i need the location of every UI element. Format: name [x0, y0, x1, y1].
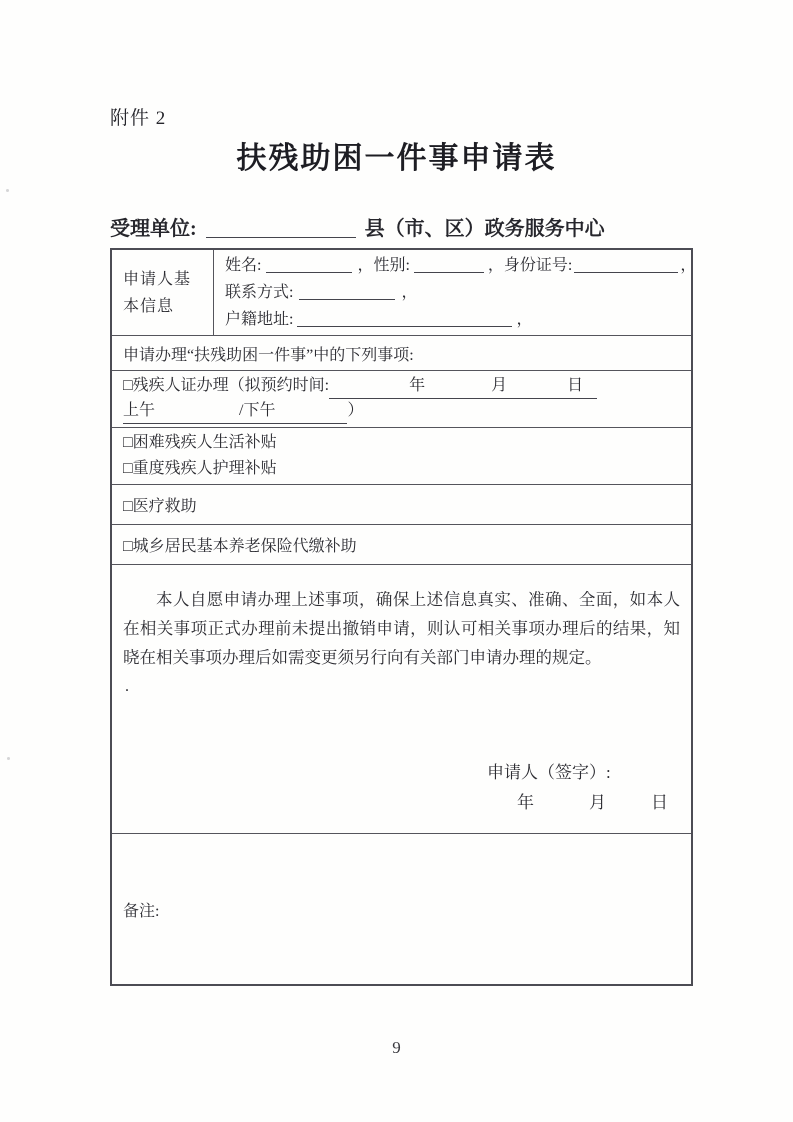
applicant-info-row-label: 申请人基本信息	[111, 249, 214, 336]
gender-label: ，性别:	[357, 257, 409, 274]
signature-label: 申请人（签字）:	[487, 758, 680, 783]
checkbox-icon: □	[123, 434, 133, 451]
comma-mark: ，	[401, 284, 417, 301]
item-row-disability-cert: □残疾人证办理（拟预约时间:年月日 上午/下午）	[111, 371, 692, 428]
checkbox-icon: □	[123, 538, 133, 555]
close-paren: ）	[347, 402, 363, 419]
pension-subsidy-label: 城乡居民基本养老保险代缴补助	[133, 538, 357, 555]
am-blank	[155, 413, 239, 415]
page-title: 扶残助困一件事申请表	[0, 133, 793, 177]
date-year-label: 年	[517, 793, 534, 812]
disability-cert-line1: □残疾人证办理（拟预约时间:年月日	[123, 374, 680, 399]
name-label: 姓名:	[225, 257, 261, 274]
month-label: 月	[491, 377, 507, 394]
signature-date-line: 年月日	[517, 788, 680, 813]
scan-speck	[7, 757, 10, 760]
item-row-pension-subsidy: □城乡居民基本养老保险代缴补助	[111, 525, 692, 565]
field-line-identity: 姓名:，性别:，身份证号:，	[225, 252, 680, 279]
reservation-ampm-blank: 上午/下午	[123, 399, 347, 424]
accepting-unit-line: 受理单位: 县（市、区）政务服务中心	[110, 212, 605, 241]
application-form-table: 申请人基本信息 姓名:，性别:，身份证号:， 联系方式:， 户籍地址:， 申请办…	[110, 248, 693, 986]
living-subsidy-label: 困难残疾人生活补贴	[133, 434, 277, 451]
living-subsidy-item: □困难残疾人生活补贴	[123, 430, 680, 456]
month-blank	[425, 388, 491, 390]
declaration-row: 本人自愿申请办理上述事项，确保上述信息真实、准确、全面，如本人在相关事项正式办理…	[111, 565, 692, 834]
address-blank	[297, 311, 512, 327]
pm-label: /下午	[239, 402, 275, 419]
id-number-blank	[574, 257, 678, 273]
item-row-medical-aid: □医疗救助	[111, 485, 692, 525]
id-number-label: ，身份证号:	[488, 257, 572, 274]
scan-speck	[6, 189, 9, 192]
declaration-cell: 本人自愿申请办理上述事项，确保上述信息真实、准确、全面，如本人在相关事项正式办理…	[111, 565, 692, 834]
applicant-info-fields: 姓名:，性别:，身份证号:， 联系方式:， 户籍地址:，	[214, 249, 693, 336]
reservation-date-blank: 年月日	[329, 374, 597, 399]
comma-mark: ，	[516, 311, 532, 328]
checkbox-icon: □	[123, 498, 133, 515]
page-number: 9	[0, 1038, 793, 1058]
day-label: 日	[567, 377, 583, 394]
accepting-unit-blank	[206, 222, 356, 238]
date-day-label: 日	[651, 793, 668, 812]
accepting-unit-suffix: 县（市、区）政务服务中心	[365, 218, 605, 240]
disability-cert-label: 残疾人证办理（拟预约时间:	[133, 377, 329, 394]
am-label: 上午	[123, 402, 155, 419]
contact-blank	[299, 284, 395, 300]
nursing-subsidy-item: □重度残疾人护理补贴	[123, 456, 680, 482]
stray-mark: .	[125, 674, 680, 700]
disability-cert-cell: □残疾人证办理（拟预约时间:年月日 上午/下午）	[111, 371, 692, 428]
applicant-info-row: 申请人基本信息 姓名:，性别:，身份证号:， 联系方式:， 户籍地址:，	[111, 249, 692, 336]
year-label: 年	[409, 377, 425, 394]
medical-aid-cell: □医疗救助	[111, 485, 692, 525]
address-label: 户籍地址:	[225, 311, 293, 328]
remarks-row: 备注:	[111, 834, 692, 986]
day-blank	[507, 388, 567, 390]
gender-blank	[414, 257, 484, 273]
accepting-unit-label: 受理单位:	[110, 218, 197, 240]
comma-mark: ，	[680, 257, 696, 274]
items-header-row: 申请办理“扶残助困一件事”中的下列事项:	[111, 336, 692, 371]
nursing-subsidy-label: 重度残疾人护理补贴	[133, 460, 277, 477]
declaration-text: 本人自愿申请办理上述事项，确保上述信息真实、准确、全面，如本人在相关事项正式办理…	[123, 585, 680, 672]
items-header: 申请办理“扶残助困一件事”中的下列事项:	[111, 336, 692, 371]
field-line-contact: 联系方式:，	[225, 279, 680, 306]
pm-blank	[275, 413, 347, 415]
field-line-address: 户籍地址:，	[225, 306, 680, 333]
checkbox-icon: □	[123, 460, 133, 477]
medical-aid-label: 医疗救助	[133, 498, 197, 515]
pension-subsidy-cell: □城乡居民基本养老保险代缴补助	[111, 525, 692, 565]
document-page: 附件 2 扶残助困一件事申请表 受理单位: 县（市、区）政务服务中心 申请人基本…	[0, 0, 793, 1122]
subsidies-cell: □困难残疾人生活补贴 □重度残疾人护理补贴	[111, 428, 692, 485]
contact-label: 联系方式:	[225, 284, 293, 301]
disability-cert-line2: 上午/下午）	[123, 399, 680, 424]
name-blank	[266, 257, 352, 273]
remarks-cell: 备注:	[111, 834, 692, 986]
remarks-label: 备注:	[123, 903, 159, 920]
date-month-label: 月	[589, 793, 606, 812]
year-blank	[329, 388, 409, 390]
item-row-subsidies: □困难残疾人生活补贴 □重度残疾人护理补贴	[111, 428, 692, 485]
checkbox-icon: □	[123, 377, 133, 394]
attachment-label: 附件 2	[110, 103, 166, 130]
